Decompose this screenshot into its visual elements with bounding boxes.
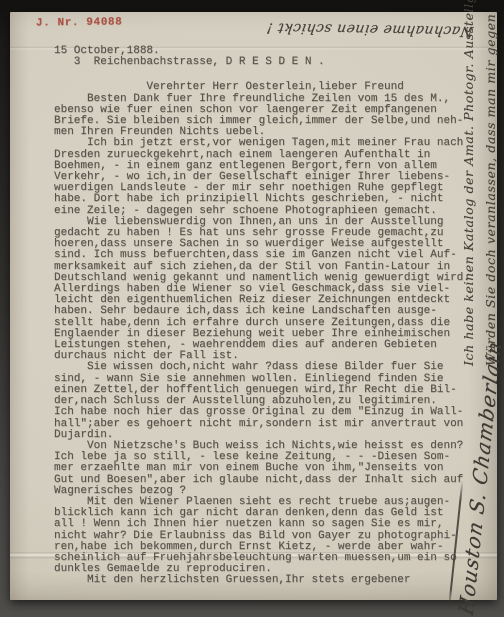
typed-letter-text: 15 October,1888. 3 Reichenbachstrasse, D… [54, 46, 484, 587]
address-line: 3 Reichenbachstrasse, D R E S D E N . [54, 57, 484, 68]
right-margin-note-line-1: Ich habe keinen Katalog der Amat. Photog… [461, 0, 476, 366]
photograph-of-letter: J. Nr. 94088 Nachnahme einen schickt ! 1… [0, 0, 504, 617]
letter-page: J. Nr. 94088 Nachnahme einen schickt ! 1… [10, 12, 497, 600]
archive-number-stamp: J. Nr. 94088 [36, 16, 123, 29]
letter-body: Besten Dank fuer Ihre freundliche Zeilen… [54, 94, 484, 587]
top-margin-handwritten-note: Nachnahme einen schickt ! [234, 19, 474, 39]
right-margin-note-line-2: Würden Sie doch veranlassen, dass man mi… [483, 14, 498, 366]
salutation-line: Verehrter Herr Oesterlein,lieber Freund [54, 82, 484, 93]
